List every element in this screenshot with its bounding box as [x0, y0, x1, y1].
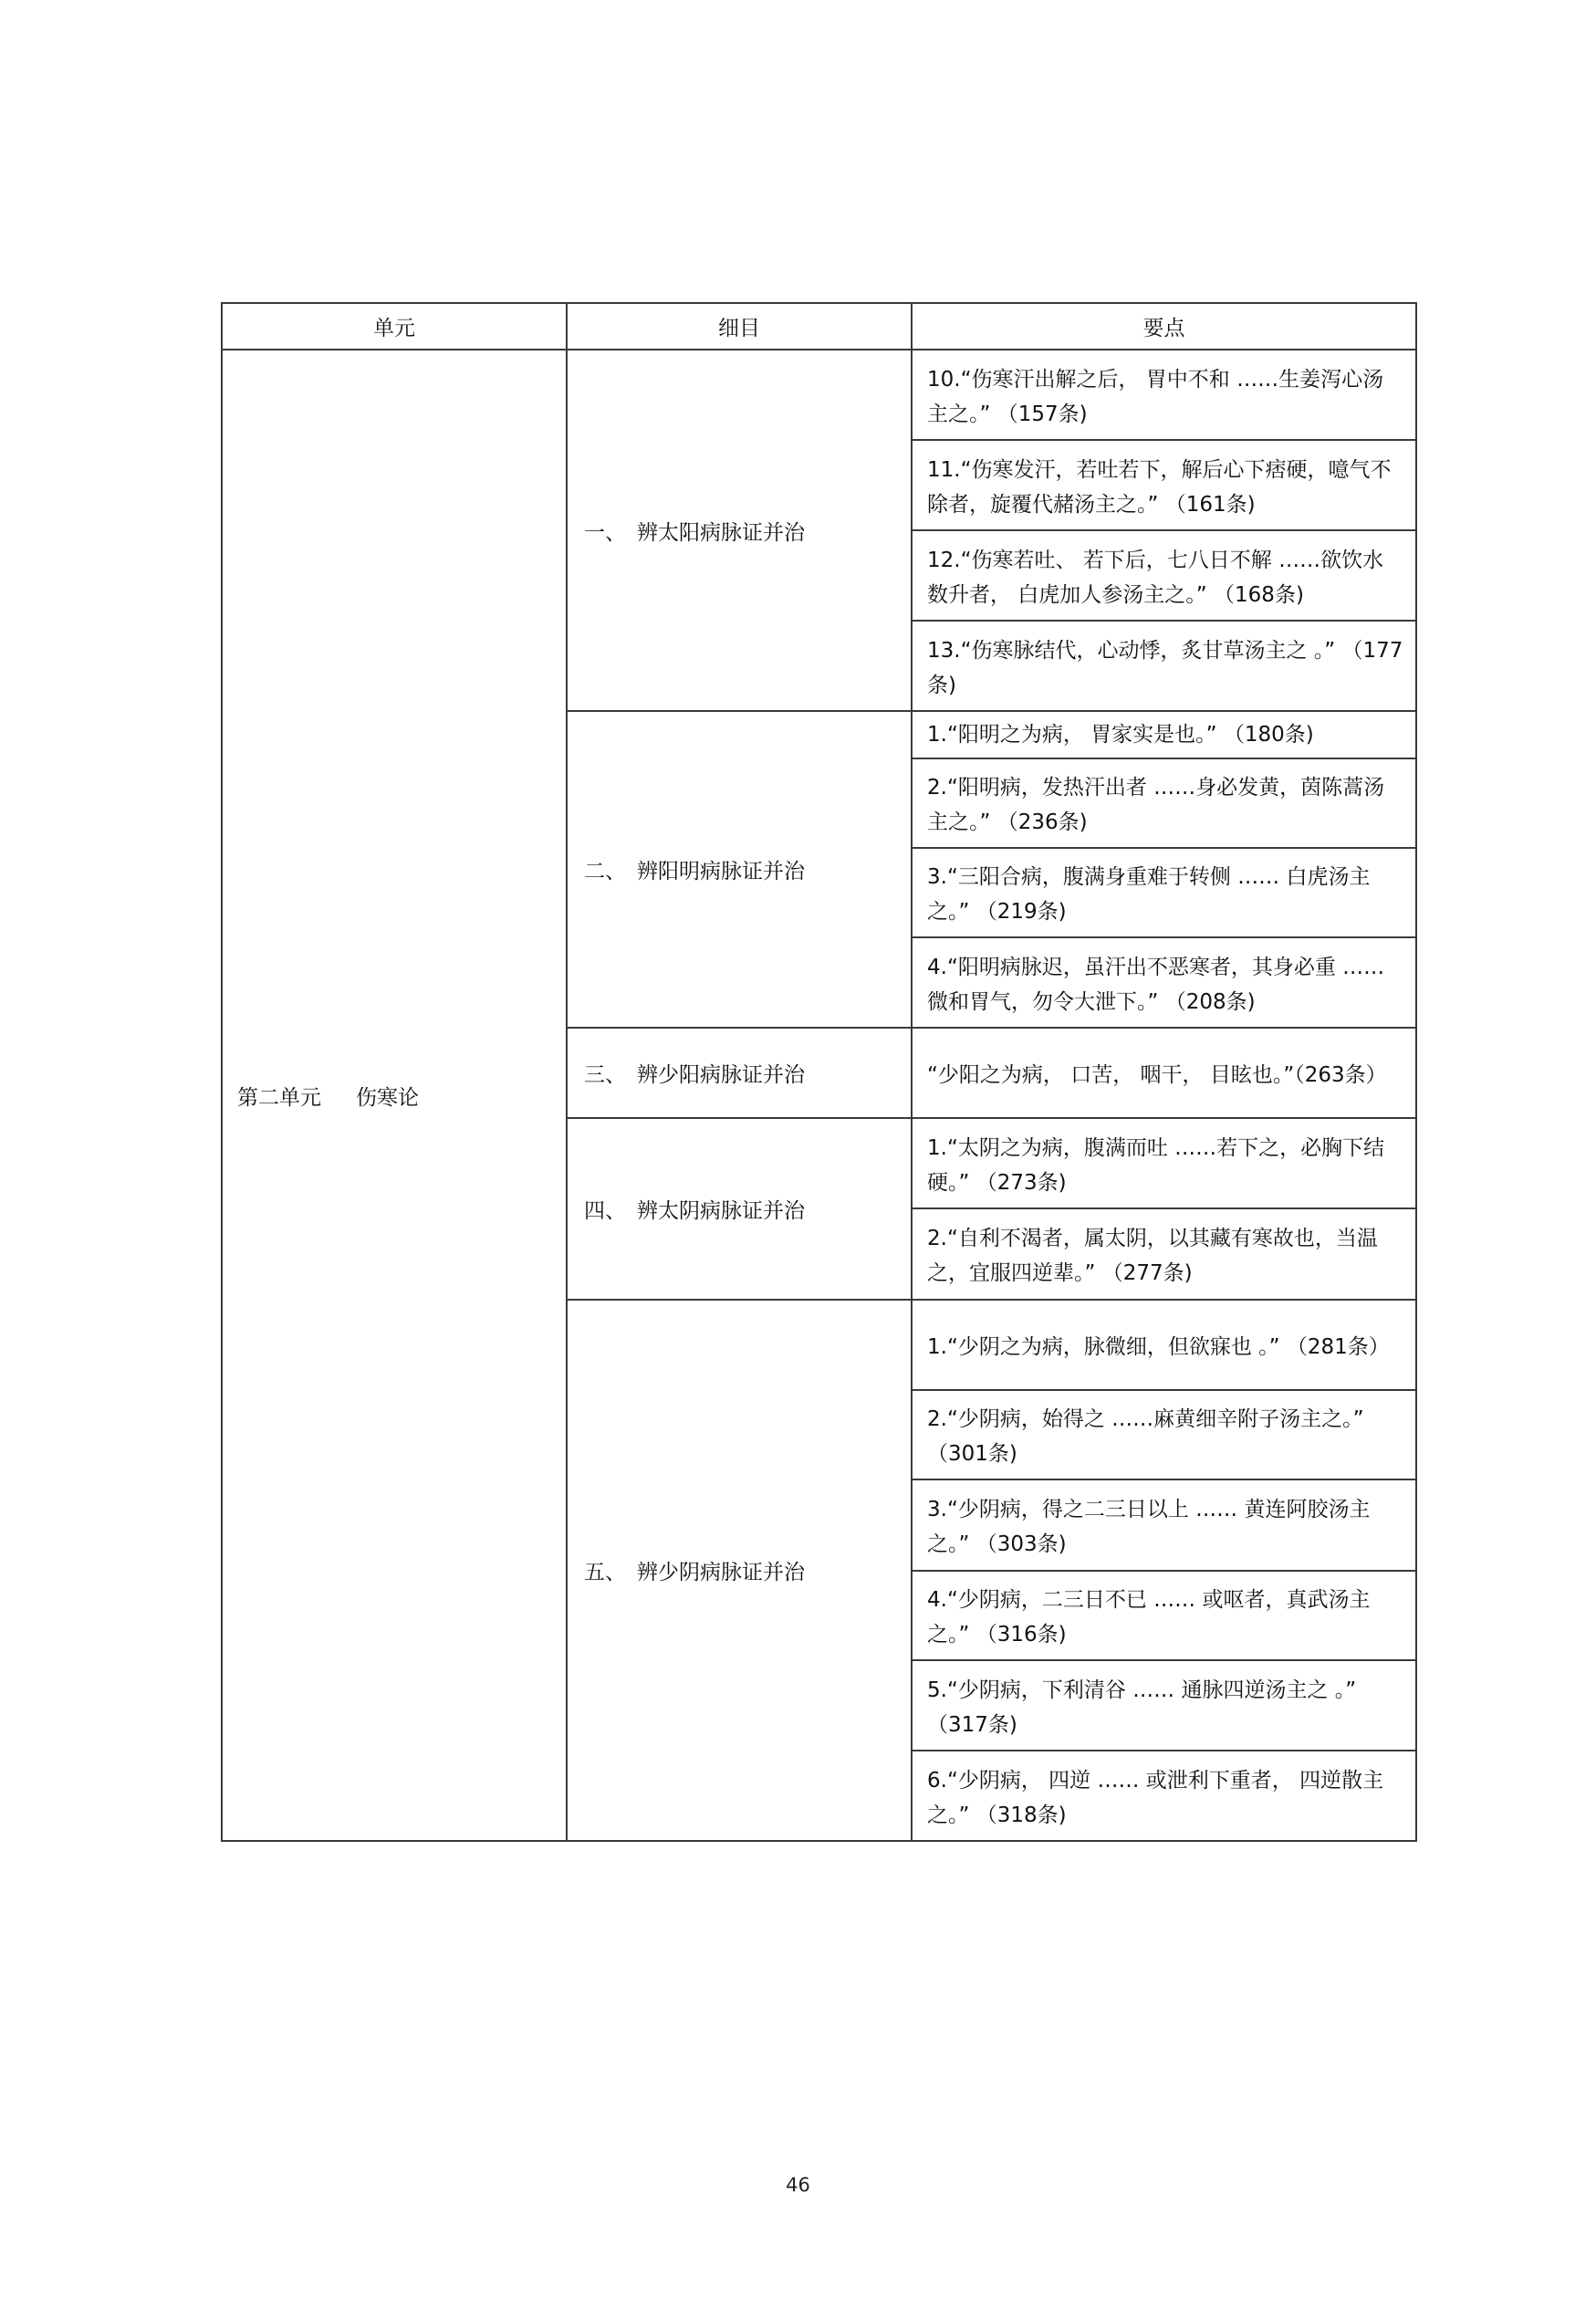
unit-cell: 第二单元伤寒论: [222, 350, 567, 1841]
keypoint-cell: 2.“自利不渴者，属太阴，以其藏有寒故也，当温 之，宜服四逆辈。” （277条): [912, 1208, 1416, 1300]
keypoint-cell: 13.“伤寒脉结代，心动悸，炙甘草汤主之 。” （177条): [912, 621, 1416, 711]
subitem-cell: 四、辨太阴病脉证并治: [567, 1118, 912, 1300]
subitem-cell: 五、辨少阴病脉证并治: [567, 1300, 912, 1841]
keypoint-cell: 2.“阳明病，发热汗出者 ……身必发黄，茵陈蒿汤主之。” （236条): [912, 758, 1416, 848]
table-row: 第二单元伤寒论 一、辨太阳病脉证并治 10.“伤寒汗出解之后， 胃中不和 ……生…: [222, 350, 1416, 440]
unit-title: 伤寒论: [356, 1086, 419, 1110]
keypoint-cell: 4.“阳明病脉迟，虽汗出不恶寒者，其身必重 …… 微和胃气，勿令大泄下。” （2…: [912, 937, 1416, 1028]
subitem-label: 辨少阴病脉证并治: [637, 1561, 805, 1584]
keypoint-cell: 1.“少阴之为病，脉微细，但欲寐也 。” （281条）: [912, 1300, 1416, 1390]
keypoint-cell: 6.“少阴病， 四逆 …… 或泄利下重者， 四逆散主 之。” （318条): [912, 1751, 1416, 1841]
subitem-cell: 一、辨太阳病脉证并治: [567, 350, 912, 711]
subitem-label: 辨太阳病脉证并治: [637, 521, 805, 545]
keypoint-cell: 5.“少阴病，下利清谷 …… 通脉四逆汤主之 。” （317条): [912, 1660, 1416, 1751]
subitem-number: 五、: [584, 1555, 637, 1585]
subitem-cell: 三、辨少阳病脉证并治: [567, 1028, 912, 1118]
keypoint-cell: 3.“三阳合病，腹满身重难于转侧 …… 白虎汤主 之。” （219条): [912, 848, 1416, 937]
keypoint-cell: 11.“伤寒发汗，若吐若下，解后心下痞硬，噫气不除者，旋覆代赭汤主之。” （16…: [912, 440, 1416, 530]
subitem-label: 辨少阳病脉证并治: [637, 1063, 805, 1087]
keypoint-cell: 4.“少阴病，二三日不已 …… 或呕者，真武汤主 之。” （316条): [912, 1571, 1416, 1660]
keypoint-cell: 10.“伤寒汗出解之后， 胃中不和 ……生姜泻心汤主之。” （157条): [912, 350, 1416, 440]
subitem-label: 辨阳明病脉证并治: [637, 860, 805, 883]
keypoint-cell: 1.“太阴之为病，腹满而吐 ……若下之，必胸下结硬。” （273条): [912, 1118, 1416, 1208]
syllabus-table: 单元 细目 要点 第二单元伤寒论 一、辨太阳病脉证并治 10.“伤寒汗出解之后，…: [221, 302, 1417, 1842]
keypoint-cell: “少阳之为病， 口苦， 咽干， 目眩也。”（263条）: [912, 1028, 1416, 1118]
subitem-label: 辨太阴病脉证并治: [637, 1199, 805, 1223]
subitem-number: 一、: [584, 516, 637, 546]
subitem-number: 三、: [584, 1058, 637, 1088]
header-keypoints: 要点: [912, 303, 1416, 350]
keypoint-cell: 12.“伤寒若吐、 若下后，七八日不解 ……欲饮水数升者， 白虎加人参汤主之。”…: [912, 530, 1416, 621]
subitem-cell: 二、辨阳明病脉证并治: [567, 711, 912, 1028]
page-number: 46: [0, 2174, 1596, 2196]
keypoint-cell: 1.“阳明之为病， 胃家实是也。” （180条): [912, 711, 1416, 758]
keypoint-cell: 2.“少阴病，始得之 ……麻黄细辛附子汤主之。” （301条): [912, 1390, 1416, 1479]
header-subitem: 细目: [567, 303, 912, 350]
unit-label: 第二单元: [237, 1086, 321, 1110]
subitem-number: 二、: [584, 854, 637, 884]
header-unit: 单元: [222, 303, 567, 350]
table-header-row: 单元 细目 要点: [222, 303, 1416, 350]
subitem-number: 四、: [584, 1194, 637, 1224]
keypoint-cell: 3.“少阴病，得之二三日以上 …… 黄连阿胶汤主 之。” （303条): [912, 1479, 1416, 1571]
